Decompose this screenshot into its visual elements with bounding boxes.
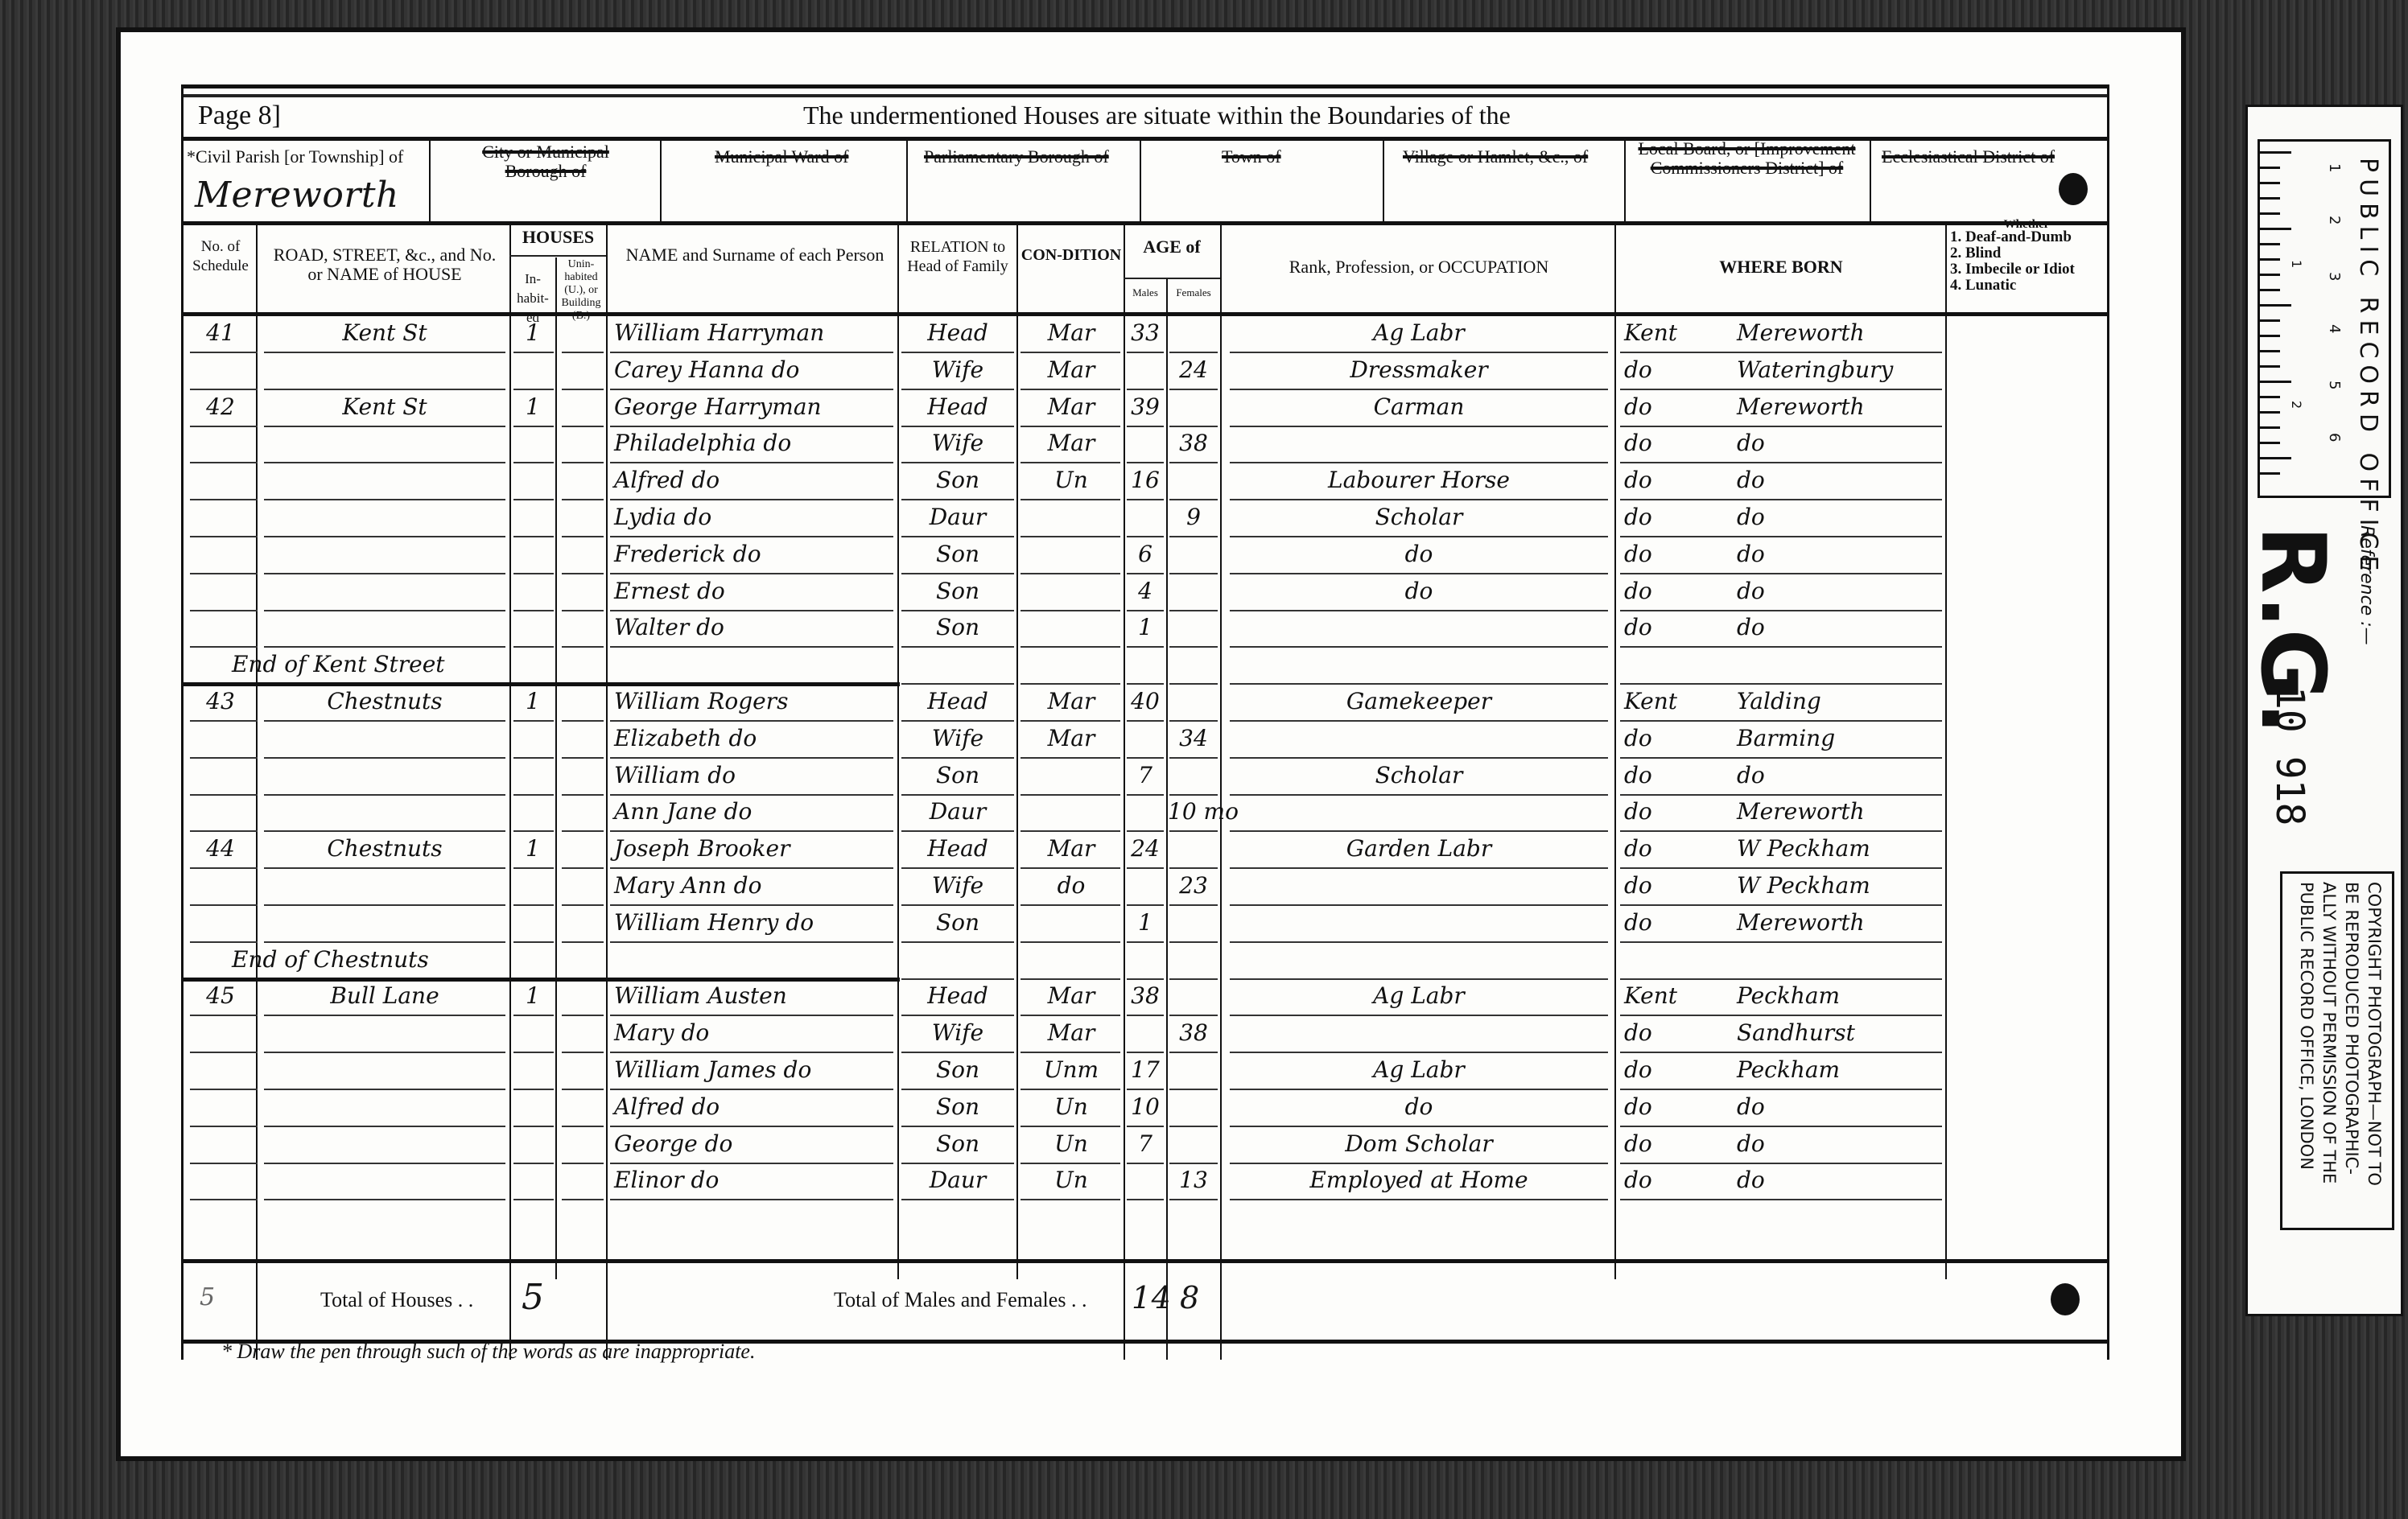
cell-relation[interactable]: Wife xyxy=(900,430,1016,456)
cell-relation[interactable]: Head xyxy=(900,319,1016,346)
boundaries-rule xyxy=(183,221,2107,225)
top-rule xyxy=(183,84,2107,89)
col-header-infirmity-list: 1. Deaf-and-Dumb 2. Blind 3. Imbecile or… xyxy=(1950,229,2075,294)
cell-relation[interactable]: Wife xyxy=(900,725,1016,751)
cell-name[interactable]: Mary do xyxy=(614,1019,896,1046)
cell-relation[interactable]: Son xyxy=(900,1130,1016,1157)
table-row: Lydia doDaur9Scholardodo xyxy=(183,500,2107,537)
cell-born-county[interactable]: do xyxy=(1624,835,1729,862)
cell-born-county[interactable]: do xyxy=(1624,541,1729,567)
cell-female-age[interactable]: 24 xyxy=(1168,356,1219,383)
table-row: William doSon7Scholardodo xyxy=(183,759,2107,796)
cell-condition[interactable]: Un xyxy=(1021,1093,1122,1120)
cell-male-age[interactable]: 38 xyxy=(1125,982,1165,1009)
cell-condition[interactable]: Mar xyxy=(1021,319,1122,346)
cell-born-county[interactable]: do xyxy=(1624,504,1729,530)
cell-born-county[interactable]: do xyxy=(1624,798,1729,825)
cell-relation[interactable]: Wife xyxy=(900,356,1016,383)
reference-piece: 10 918 xyxy=(2267,686,2312,825)
office-label: PUBLIC RECORD OFFICE xyxy=(2354,158,2382,577)
cell-name[interactable]: William Henry do xyxy=(614,909,896,936)
cell-name[interactable]: Frederick do xyxy=(614,541,896,567)
col-header-females: Females xyxy=(1168,283,1219,303)
copyright-line: COPYRIGHT PHOTOGRAPH—NOT TO xyxy=(2363,882,2385,1186)
table-row: Carey Hanna doWifeMar24DressmakerdoWater… xyxy=(183,353,2107,390)
copyright-line: ALLY WITHOUT PERMISSION OF THE xyxy=(2318,882,2340,1186)
totals-top-rule xyxy=(183,1259,2107,1263)
cell-male-age[interactable]: 6 xyxy=(1125,541,1165,567)
cell-name[interactable]: William Harryman xyxy=(614,319,896,346)
cell-relation[interactable]: Son xyxy=(900,1093,1016,1120)
cell-condition[interactable]: Mar xyxy=(1021,725,1122,751)
cell-born-county[interactable]: do xyxy=(1624,762,1729,788)
cell-relation[interactable]: Son xyxy=(900,467,1016,493)
table-row: Frederick doSon6dododo xyxy=(183,537,2107,574)
table-row: 43Chestnuts1William RogersHeadMar40Gamek… xyxy=(183,685,2107,722)
cell-name[interactable]: Ann Jane do xyxy=(614,798,896,825)
cell-born-county[interactable]: do xyxy=(1624,356,1729,383)
boundary-civil-parish-label: *Civil Parish [or Township] of xyxy=(187,147,403,167)
street-end-note-row: End of Kent Street xyxy=(183,648,2107,685)
cell-condition[interactable]: Un xyxy=(1021,467,1122,493)
reference-strip: PUBLIC RECORD OFFICE 1 2 3 4 5 6 1 2 Ref… xyxy=(2245,105,2403,1316)
cell-born-place[interactable]: do xyxy=(1737,614,1942,640)
cell-occupation[interactable]: Labourer Horse xyxy=(1230,467,1608,493)
cell-born-county[interactable]: do xyxy=(1624,430,1729,456)
total-houses-label: Total of Houses . . xyxy=(320,1288,473,1312)
copyright-box: COPYRIGHT PHOTOGRAPH—NOT TO BE REPRODUCE… xyxy=(2280,871,2394,1230)
table-row: Philadelphia doWifeMar38dodo xyxy=(183,426,2107,463)
cell-condition[interactable]: Un xyxy=(1021,1130,1122,1157)
cell-male-age[interactable]: 39 xyxy=(1125,393,1165,420)
cell-relation[interactable]: Head xyxy=(900,393,1016,420)
cell-occupation[interactable]: do xyxy=(1230,1093,1608,1120)
cell-male-age[interactable]: 7 xyxy=(1125,1130,1165,1157)
table-row: Walter doSon1dodo xyxy=(183,611,2107,648)
cell-relation[interactable]: Head xyxy=(900,835,1016,862)
boundary-ecclesiastical-label: Ecclesiastical District of xyxy=(1882,147,2055,167)
cell-occupation[interactable]: Ag Labr xyxy=(1230,319,1608,346)
cell-occupation[interactable]: Employed at Home xyxy=(1230,1167,1608,1193)
cell-male-age[interactable]: 24 xyxy=(1125,835,1165,862)
boundary-village-label: Village or Hamlet, &c., of xyxy=(1403,147,1588,167)
boundary-municipal-borough-label: City or Municipal Borough of xyxy=(449,142,642,181)
cell-name[interactable]: Carey Hanna do xyxy=(614,356,896,383)
cell-condition[interactable]: Mar xyxy=(1021,688,1122,714)
cell-born-place[interactable]: do xyxy=(1737,467,1942,493)
reference-label: Reference :— xyxy=(2356,525,2377,645)
cell-relation[interactable]: Son xyxy=(900,541,1016,567)
table-row: William Henry doSon1doMereworth xyxy=(183,906,2107,943)
cell-road[interactable]: Kent St xyxy=(264,319,505,346)
table-row: George doSonUn7Dom Scholardodo xyxy=(183,1127,2107,1164)
cell-born-place[interactable]: Wateringbury xyxy=(1737,356,1942,383)
cell-female-age[interactable]: 23 xyxy=(1168,872,1219,899)
cell-born-place[interactable]: do xyxy=(1737,762,1942,788)
cell-born-place[interactable]: Yalding xyxy=(1737,688,1942,714)
ruler: PUBLIC RECORD OFFICE xyxy=(2257,139,2391,498)
cell-female-age[interactable]: 13 xyxy=(1168,1167,1219,1193)
col-header-occupation: Rank, Profession, or OCCUPATION xyxy=(1230,257,1608,277)
table-row: 44Chestnuts1Joseph BrookerHeadMar24Garde… xyxy=(183,832,2107,869)
table-row: 45Bull Lane1William AustenHeadMar38Ag La… xyxy=(183,979,2107,1016)
cell-inhabited[interactable]: 1 xyxy=(511,393,555,420)
margin-mark: 5 xyxy=(200,1283,216,1311)
col-header-males: Males xyxy=(1125,283,1165,303)
cell-born-county[interactable]: Kent xyxy=(1624,982,1729,1009)
cell-name[interactable]: Lydia do xyxy=(614,504,896,530)
cell-name[interactable]: Walter do xyxy=(614,614,896,640)
cell-female-age[interactable]: 9 xyxy=(1168,504,1219,530)
cell-female-age[interactable]: 38 xyxy=(1168,430,1219,456)
cell-occupation[interactable]: Gamekeeper xyxy=(1230,688,1608,714)
footnote: * Draw the pen through such of the words… xyxy=(221,1340,755,1364)
cell-occupation[interactable]: Ag Labr xyxy=(1230,982,1608,1009)
cell-male-age[interactable]: 1 xyxy=(1125,909,1165,936)
cell-name[interactable]: Alfred do xyxy=(614,467,896,493)
cell-male-age[interactable]: 4 xyxy=(1125,578,1165,604)
cell-condition[interactable]: Mar xyxy=(1021,430,1122,456)
cell-born-county[interactable]: Kent xyxy=(1624,688,1729,714)
cell-born-place[interactable]: Mereworth xyxy=(1737,393,1942,420)
cell-schedule[interactable]: 41 xyxy=(187,319,254,346)
total-houses-value[interactable]: 5 xyxy=(522,1277,545,1318)
cell-born-place[interactable]: Mereworth xyxy=(1737,319,1942,346)
cell-born-place[interactable]: Mereworth xyxy=(1737,798,1942,825)
cell-inhabited[interactable]: 1 xyxy=(511,835,555,862)
cell-occupation[interactable]: Scholar xyxy=(1230,504,1608,530)
cell-occupation[interactable]: do xyxy=(1230,578,1608,604)
cell-road[interactable]: Kent St xyxy=(264,393,505,420)
table-row: 41Kent St1William HarrymanHeadMar33Ag La… xyxy=(183,316,2107,353)
cell-name[interactable]: Joseph Brooker xyxy=(614,835,896,862)
cell-occupation[interactable]: Carman xyxy=(1230,393,1608,420)
cell-name[interactable]: Elinor do xyxy=(614,1167,896,1193)
cell-condition[interactable]: Mar xyxy=(1021,835,1122,862)
cell-born-place[interactable]: Mereworth xyxy=(1737,909,1942,936)
cell-road[interactable]: End of Chestnuts xyxy=(232,946,570,973)
cell-born-place[interactable]: do xyxy=(1737,430,1942,456)
cell-female-age[interactable]: 38 xyxy=(1168,1019,1219,1046)
cell-name[interactable]: Alfred do xyxy=(614,1093,896,1120)
cell-condition[interactable]: Mar xyxy=(1021,1019,1122,1046)
cell-relation[interactable]: Daur xyxy=(900,504,1016,530)
cell-condition[interactable]: Mar xyxy=(1021,393,1122,420)
col-header-schedule: No. of Schedule xyxy=(187,237,254,276)
binding-hole-bottom xyxy=(2051,1283,2080,1315)
street-end-note-row: End of Chestnuts xyxy=(183,943,2107,980)
top-rule-2 xyxy=(183,94,2107,97)
cell-road[interactable]: End of Kent Street xyxy=(232,651,570,677)
cell-schedule[interactable]: 42 xyxy=(187,393,254,420)
cell-road[interactable]: Chestnuts xyxy=(264,835,505,862)
cell-condition[interactable]: Un xyxy=(1021,1167,1122,1193)
cell-relation[interactable]: Son xyxy=(900,1056,1016,1083)
cell-name[interactable]: George Harryman xyxy=(614,393,896,420)
cell-condition[interactable]: Mar xyxy=(1021,982,1122,1009)
col-header-road: ROAD, STREET, &c., and No. or NAME of HO… xyxy=(264,245,505,284)
table-row: Alfred doSonUn16Labourer Horsedodo xyxy=(183,463,2107,500)
cell-name[interactable]: William do xyxy=(614,762,896,788)
table-row: Elizabeth doWifeMar34doBarming xyxy=(183,722,2107,759)
cell-born-place[interactable]: do xyxy=(1737,578,1942,604)
table-row: Ann Jane doDaur10 modoMereworth xyxy=(183,795,2107,832)
cell-occupation[interactable]: Ag Labr xyxy=(1230,1056,1608,1083)
cell-born-county[interactable]: do xyxy=(1624,1167,1729,1193)
boundary-parliamentary-borough-label: Parliamentary Borough of xyxy=(924,147,1109,167)
cell-relation[interactable]: Son xyxy=(900,909,1016,936)
cell-born-place[interactable]: Sandhurst xyxy=(1737,1019,1942,1046)
cell-born-county[interactable]: do xyxy=(1624,467,1729,493)
table-row: Elinor doDaurUn13Employed at Homedodo xyxy=(183,1163,2107,1200)
copyright-line: PUBLIC RECORD OFFICE, LONDON xyxy=(2295,882,2318,1186)
cell-born-place[interactable]: do xyxy=(1737,504,1942,530)
cell-schedule[interactable]: 43 xyxy=(187,688,254,714)
table-row: Mary doWifeMar38doSandhurst xyxy=(183,1016,2107,1053)
cell-name[interactable]: Philadelphia do xyxy=(614,430,896,456)
cell-relation[interactable]: Head xyxy=(900,982,1016,1009)
cell-male-age[interactable]: 1 xyxy=(1125,614,1165,640)
col-header-name: NAME and Surname of each Person xyxy=(622,245,888,265)
cell-male-age[interactable]: 10 xyxy=(1125,1093,1165,1120)
cell-born-county[interactable]: do xyxy=(1624,725,1729,751)
cell-born-place[interactable]: Barming xyxy=(1737,725,1942,751)
cell-occupation[interactable]: Dressmaker xyxy=(1230,356,1608,383)
copyright-line: BE REPRODUCED PHOTOGRAPHIC- xyxy=(2340,882,2363,1186)
cell-male-age[interactable]: 33 xyxy=(1125,319,1165,346)
col-header-age: AGE of xyxy=(1125,237,1218,257)
cell-relation[interactable]: Son xyxy=(900,578,1016,604)
cell-schedule[interactable]: 44 xyxy=(187,835,254,862)
cell-condition[interactable]: do xyxy=(1021,872,1122,899)
binding-hole-top xyxy=(2059,173,2088,205)
cell-occupation[interactable]: Scholar xyxy=(1230,762,1608,788)
cell-born-county[interactable]: Kent xyxy=(1624,319,1729,346)
col-header-condition: CON-DITION xyxy=(1021,245,1122,265)
boundary-municipal-ward-label: Municipal Ward of xyxy=(715,147,848,167)
cell-born-place[interactable]: Peckham xyxy=(1737,1056,1942,1083)
cell-born-county[interactable]: do xyxy=(1624,1093,1729,1120)
cell-male-age[interactable]: 16 xyxy=(1125,467,1165,493)
cell-name[interactable]: George do xyxy=(614,1130,896,1157)
cell-relation[interactable]: Daur xyxy=(900,1167,1016,1193)
cell-female-age[interactable]: 10 mo xyxy=(1168,798,1219,825)
cell-inhabited[interactable]: 1 xyxy=(511,982,555,1009)
cell-schedule[interactable]: 45 xyxy=(187,982,254,1009)
page-label: Page 8] xyxy=(198,101,281,131)
table-row: Mary Ann doWifedo23doW Peckham xyxy=(183,869,2107,906)
col-header-houses: HOUSES xyxy=(512,228,604,247)
cell-born-place[interactable]: Peckham xyxy=(1737,982,1942,1009)
cell-born-county[interactable]: do xyxy=(1624,614,1729,640)
census-form: Page 8] The undermentioned Houses are si… xyxy=(181,84,2109,1360)
cell-name[interactable]: Elizabeth do xyxy=(614,725,896,751)
cell-relation[interactable]: Wife xyxy=(900,1019,1016,1046)
cell-inhabited[interactable]: 1 xyxy=(511,319,555,346)
page-title: The undermentioned Houses are situate wi… xyxy=(803,101,1511,130)
cell-name[interactable]: Ernest do xyxy=(614,578,896,604)
table-row: William James doSonUnm17Ag LabrdoPeckham xyxy=(183,1053,2107,1090)
cell-relation[interactable]: Daur xyxy=(900,798,1016,825)
cell-name[interactable]: William Rogers xyxy=(614,688,896,714)
boundary-town-label: Town of xyxy=(1222,147,1281,167)
cell-relation[interactable]: Son xyxy=(900,762,1016,788)
cell-road[interactable]: Bull Lane xyxy=(264,982,505,1009)
cell-occupation[interactable]: Dom Scholar xyxy=(1230,1130,1608,1157)
cell-male-age[interactable]: 7 xyxy=(1125,762,1165,788)
total-females-value[interactable]: 8 xyxy=(1180,1280,1200,1315)
table-row: 42Kent St1George HarrymanHeadMar39Carman… xyxy=(183,390,2107,427)
total-males-value[interactable]: 14 xyxy=(1132,1280,1171,1315)
col-header-where-born: WHERE BORN xyxy=(1624,257,1938,277)
cell-inhabited[interactable]: 1 xyxy=(511,688,555,714)
table-row: Ernest doSon4dododo xyxy=(183,574,2107,611)
cell-male-age[interactable]: 17 xyxy=(1125,1056,1165,1083)
cell-born-place[interactable]: W Peckham xyxy=(1737,835,1942,862)
cell-born-place[interactable]: do xyxy=(1737,1130,1942,1157)
cell-born-place[interactable]: do xyxy=(1737,1167,1942,1193)
total-persons-label: Total of Males and Females . . xyxy=(834,1288,1086,1312)
cell-occupation[interactable]: do xyxy=(1230,541,1608,567)
cell-born-place[interactable]: do xyxy=(1737,1093,1942,1120)
boundary-local-board-label: Local Board, or [Improvement Commissione… xyxy=(1632,139,1862,178)
cell-born-county[interactable]: do xyxy=(1624,1056,1729,1083)
cell-born-county[interactable]: do xyxy=(1624,1019,1729,1046)
cell-relation[interactable]: Son xyxy=(900,614,1016,640)
cell-occupation[interactable]: Garden Labr xyxy=(1230,835,1608,862)
cell-born-county[interactable]: do xyxy=(1624,909,1729,936)
boundary-civil-parish-value: Mereworth xyxy=(195,175,399,216)
cell-relation[interactable]: Head xyxy=(900,688,1016,714)
cell-born-county[interactable]: do xyxy=(1624,1130,1729,1157)
cell-name[interactable]: Mary Ann do xyxy=(614,872,896,899)
cell-road[interactable]: Chestnuts xyxy=(264,688,505,714)
cell-name[interactable]: William James do xyxy=(614,1056,896,1083)
cell-condition[interactable]: Mar xyxy=(1021,356,1122,383)
col-header-relation: RELATION to Head of Family xyxy=(900,237,1016,276)
cell-female-age[interactable]: 34 xyxy=(1168,725,1219,751)
cell-condition[interactable]: Unm xyxy=(1021,1056,1122,1083)
cell-relation[interactable]: Wife xyxy=(900,872,1016,899)
cell-born-place[interactable]: do xyxy=(1737,541,1942,567)
table-row: Alfred doSonUn10dododo xyxy=(183,1090,2107,1127)
cell-male-age[interactable]: 40 xyxy=(1125,688,1165,714)
cell-born-county[interactable]: do xyxy=(1624,393,1729,420)
cell-name[interactable]: William Austen xyxy=(614,982,896,1009)
cell-born-county[interactable]: do xyxy=(1624,578,1729,604)
cell-born-county[interactable]: do xyxy=(1624,872,1729,899)
cell-born-place[interactable]: W Peckham xyxy=(1737,872,1942,899)
